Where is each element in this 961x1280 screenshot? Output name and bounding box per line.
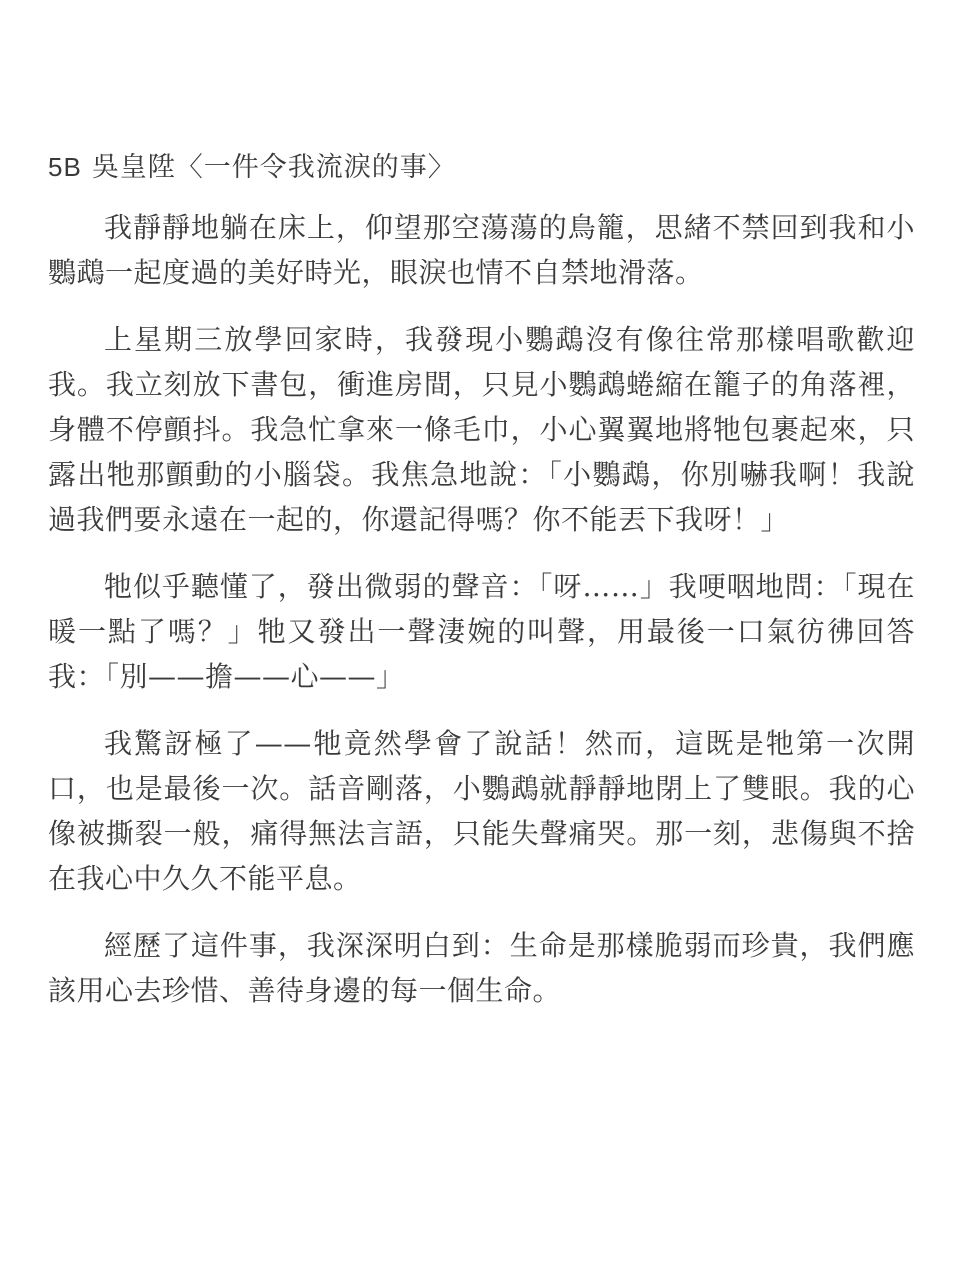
class-label: 5B — [48, 152, 82, 182]
document-page: 5B吳皇陞〈一件令我流淚的事〉 我靜靜地躺在床上，仰望那空蕩蕩的鳥籠，思緒不禁回… — [0, 0, 961, 1280]
paragraph-4: 我驚訝極了——牠竟然學會了說話！然而，這既是牠第一次開口，也是最後一次。話音剛落… — [48, 721, 915, 901]
essay-title-text: 吳皇陞〈一件令我流淚的事〉 — [92, 152, 456, 183]
paragraph-1: 我靜靜地躺在床上，仰望那空蕩蕩的鳥籠，思緒不禁回到我和小鸚鵡一起度過的美好時光，… — [48, 205, 915, 295]
document-title: 5B吳皇陞〈一件令我流淚的事〉 — [48, 147, 915, 188]
paragraph-3: 牠似乎聽懂了，發出微弱的聲音：「呀……」我哽咽地問：「現在暖一點了嗎？」牠又發出… — [48, 564, 915, 699]
paragraph-2: 上星期三放學回家時，我發現小鸚鵡沒有像往常那樣唱歌歡迎我。我立刻放下書包，衝進房… — [48, 317, 915, 542]
paragraph-5: 經歷了這件事，我深深明白到：生命是那樣脆弱而珍貴，我們應該用心去珍惜、善待身邊的… — [48, 923, 915, 1013]
